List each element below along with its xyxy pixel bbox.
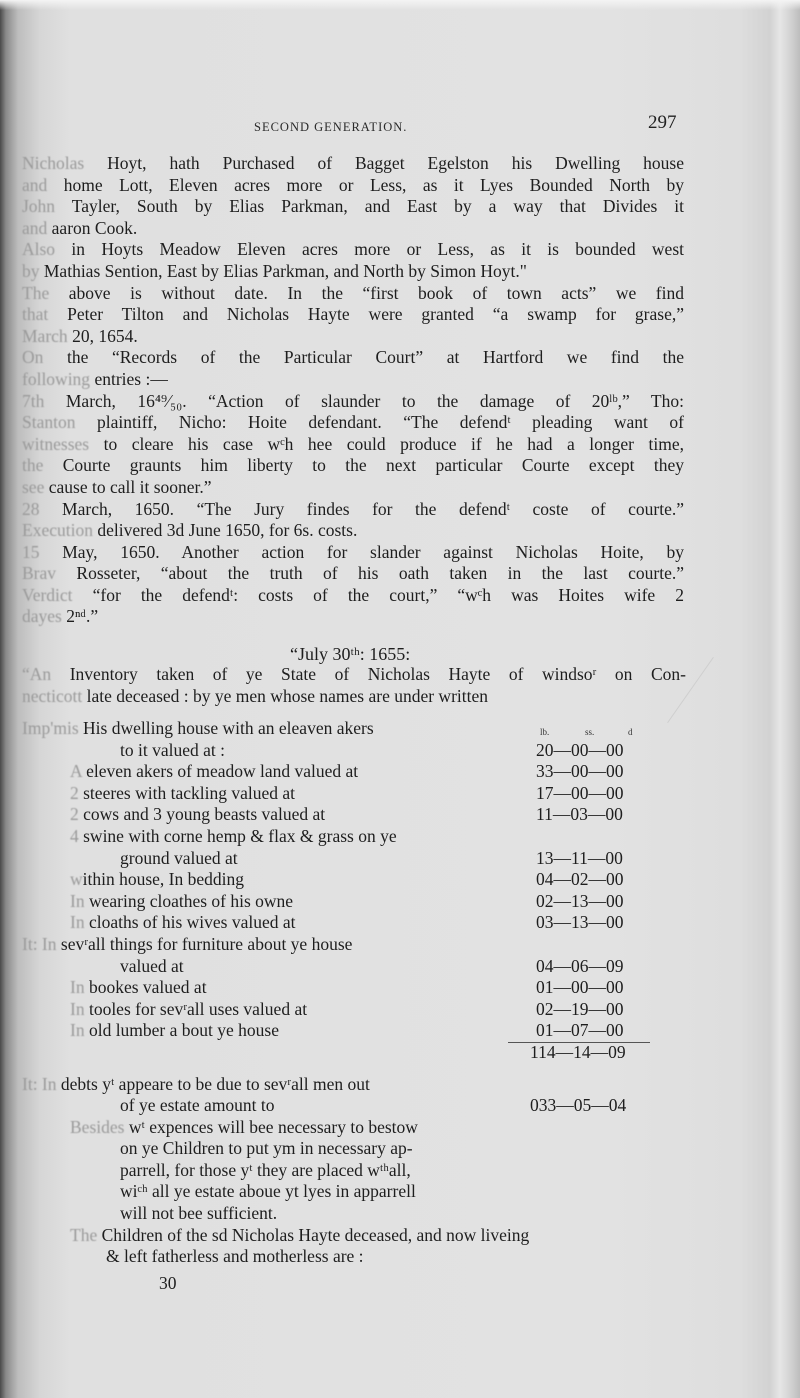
item-amount: 02—19—00	[536, 999, 624, 1021]
inventory-item: wiᶜʰ all ye estate aboue yt lyes in appa…	[120, 1181, 416, 1203]
inventory-item: It: In sevʳall things for furniture abou…	[22, 934, 352, 956]
inventory-row: 2 cows and 3 young beasts valued at11—03…	[22, 804, 662, 826]
line-text: 2ⁿᵈ.”	[62, 606, 98, 626]
faded-margin-text: In	[70, 912, 85, 932]
court-records-paragraphs: Nicholas Hoyt, hath Purchased of Bagget …	[22, 153, 684, 628]
line-text: Hoyt, hath Purchased of Bagget Egelston …	[84, 153, 684, 173]
line-text: “for the defendᵗ: costs of the court,” “…	[73, 585, 684, 605]
line-text: March, 1650. “The Jury findes for the de…	[40, 499, 685, 519]
faded-margin-text: Also	[22, 239, 55, 259]
inventory-item: & left fatherless and motherless are :	[106, 1246, 364, 1268]
faded-margin-text: Imp'mis	[22, 718, 79, 738]
item-description: steeres with tackling valued at	[79, 783, 295, 803]
faded-margin-text: 2	[70, 783, 79, 803]
item-amount: 03—13—00	[536, 912, 624, 934]
inventory-row: Besides wᵗ expences will bee necessary t…	[22, 1117, 662, 1139]
faded-margin-text: necticott	[22, 686, 82, 706]
inventory-date-heading: “July 30ᵗʰ: 1655:	[290, 644, 410, 665]
faded-margin-text: It: In	[22, 1074, 57, 1094]
inventory-item: parrell, for those yᵗ they are placed wᵗ…	[120, 1160, 411, 1182]
inventory-item: In wearing cloathes of his owne	[70, 891, 293, 913]
text-line: witnesses to cleare his case wᶜh hee cou…	[22, 434, 684, 456]
inventory-row: wiᶜʰ all ye estate aboue yt lyes in appa…	[22, 1181, 662, 1203]
inventory-row: In cloaths of his wives valued at03—13—0…	[22, 912, 662, 934]
line-text: 20, 1654.	[68, 326, 138, 346]
running-head: SECOND GENERATION.	[254, 120, 407, 135]
line-text: entries :—	[90, 369, 168, 389]
faded-margin-text: 4	[70, 826, 79, 846]
faded-margin-text: Execution	[22, 520, 93, 540]
faded-margin-text: John	[22, 196, 55, 216]
text-line: 15 May, 1650. Another action for slander…	[22, 542, 684, 564]
item-description: Children of the sd Nicholas Hayte deceas…	[97, 1225, 529, 1245]
item-description: to it valued at :	[120, 740, 225, 760]
faded-margin-text: 28	[22, 499, 40, 519]
faded-margin-text: Verdict	[22, 585, 73, 605]
line-text: delivered 3d June 1650, for 6s. costs.	[93, 520, 357, 540]
line-text: Inventory taken of ye State of Nicholas …	[51, 664, 686, 684]
spacer	[22, 1064, 662, 1074]
line-text: plaintiff, Nicho: Hoite defendant. “The …	[75, 412, 684, 432]
text-line: the Courte graunts him liberty to the ne…	[22, 455, 684, 477]
faded-margin-text: In	[70, 891, 85, 911]
faded-margin-text: Stanton	[22, 412, 75, 432]
item-description: eleven akers of meadow land valued at	[82, 761, 358, 781]
item-description: swine with corne hemp & flax & grass on …	[79, 826, 397, 846]
text-line: The above is without date. In the “first…	[22, 283, 684, 305]
inventory-row: of ye estate amount to033—05—04	[22, 1095, 662, 1117]
item-amount: 04—06—09	[536, 956, 624, 978]
item-description: tooles for sevʳall uses valued at	[85, 999, 308, 1019]
faded-margin-text: In	[70, 1020, 85, 1040]
line-text: in Hoyts Meadow Eleven acres more or Les…	[55, 239, 684, 259]
item-description: ground valued at	[120, 848, 238, 868]
text-line: and aaron Cook.	[22, 218, 684, 240]
faded-margin-text: and	[22, 218, 47, 238]
faded-margin-text: The	[22, 283, 49, 303]
item-description: will not bee sufficient.	[120, 1203, 277, 1223]
item-description: cloaths of his wives valued at	[85, 912, 296, 932]
inventory-row: will not bee sufficient.	[22, 1203, 662, 1225]
scanned-book-page: SECOND GENERATION. 297 Nicholas Hoyt, ha…	[0, 0, 800, 1398]
item-amount: 33—00—00	[536, 761, 624, 783]
item-amount: 13—11—00	[536, 848, 623, 870]
faded-margin-text: witnesses	[22, 434, 89, 454]
inventory-item: Imp'mis His dwelling house with an eleav…	[22, 718, 374, 740]
faded-margin-text: by	[22, 261, 40, 281]
faded-margin-text: March	[22, 326, 68, 346]
item-amount: 04—02—00	[536, 869, 624, 891]
inventory-total: 114—14—09	[530, 1042, 626, 1064]
page-number: 297	[648, 112, 677, 134]
inventory-row: on ye Children to put ym in necessary ap…	[22, 1138, 662, 1160]
inventory-item: It: In debts yᵗ appeare to be due to sev…	[22, 1074, 370, 1096]
faded-margin-text: Besides	[70, 1117, 124, 1137]
line-text: cause to call it sooner.”	[44, 477, 211, 497]
inventory-row: valued at04—06—09	[22, 956, 662, 978]
line-text: late deceased : by ye men whose names ar…	[82, 686, 488, 706]
inventory-row: In old lumber a bout ye house01—07—00	[22, 1020, 662, 1042]
inventory-intro: “An Inventory taken of ye State of Nicho…	[22, 664, 686, 707]
item-description: & left fatherless and motherless are :	[106, 1246, 364, 1266]
inventory-item: 2 cows and 3 young beasts valued at	[70, 804, 325, 826]
inventory-row: A eleven akers of meadow land valued at3…	[22, 761, 662, 783]
faded-margin-text: A	[70, 761, 82, 781]
faded-margin-text: following	[22, 369, 90, 389]
inventory-item: In bookes valued at	[70, 977, 207, 999]
line-text: Mathias Sention, East by Elias Parkman, …	[40, 261, 527, 281]
text-line: Execution delivered 3d June 1650, for 6s…	[22, 520, 684, 542]
inventory-item: In old lumber a bout ye house	[70, 1020, 279, 1042]
text-line: “An Inventory taken of ye State of Nicho…	[22, 664, 686, 686]
inventory-row: In wearing cloathes of his owne02—13—00	[22, 891, 662, 913]
text-line: following entries :—	[22, 369, 684, 391]
line-text: May, 1650. Another action for slander ag…	[40, 542, 685, 562]
faded-margin-text: On	[22, 347, 43, 367]
text-line: March 20, 1654.	[22, 326, 684, 348]
item-amount: 20—00—00	[536, 740, 624, 762]
line-text: Peter Tilton and Nicholas Hayte were gra…	[48, 304, 684, 324]
inventory-row: ground valued at13—11—00	[22, 848, 662, 870]
inventory-item: Besides wᵗ expences will bee necessary t…	[70, 1117, 418, 1139]
inventory-row: It: In debts yᵗ appeare to be due to sev…	[22, 1074, 662, 1096]
item-amount: 033—05—04	[530, 1095, 626, 1117]
faded-margin-text: Nicholas	[22, 153, 84, 173]
inventory-item: ground valued at	[120, 848, 238, 870]
inventory-item: 2 steeres with tackling valued at	[70, 783, 295, 805]
faded-margin-text: It: In	[22, 934, 57, 954]
inventory-row: In bookes valued at01—00—00	[22, 977, 662, 999]
text-line: Also in Hoyts Meadow Eleven acres more o…	[22, 239, 684, 261]
inventory-row: Imp'mis His dwelling house with an eleav…	[22, 718, 662, 740]
inventory-row: 2 steeres with tackling valued at17—00—0…	[22, 783, 662, 805]
line-text: March, 16⁴⁹⁄₅₀. “Action of slaunder to t…	[44, 391, 684, 411]
faded-margin-text: Brav	[22, 563, 56, 583]
faded-margin-text: In	[70, 999, 85, 1019]
item-description: wiᶜʰ all ye estate aboue yt lyes in appa…	[120, 1181, 416, 1201]
inventory-row: 4 swine with corne hemp & flax & grass o…	[22, 826, 662, 848]
text-line: Stanton plaintiff, Nicho: Hoite defendan…	[22, 412, 684, 434]
item-description: valued at	[120, 956, 184, 976]
text-line: and home Lott, Eleven acres more or Less…	[22, 175, 684, 197]
faded-margin-text: 7th	[22, 391, 44, 411]
line-text: home Lott, Eleven acres more or Less, as…	[47, 175, 684, 195]
faded-margin-text: that	[22, 304, 48, 324]
item-amount: 02—13—00	[536, 891, 624, 913]
text-line: John Tayler, South by Elias Parkman, and…	[22, 196, 684, 218]
item-amount: 11—03—00	[536, 804, 623, 826]
item-description: of ye estate amount to	[120, 1095, 275, 1115]
item-description: parrell, for those yᵗ they are placed wᵗ…	[120, 1160, 411, 1180]
faded-margin-text: 15	[22, 542, 40, 562]
item-description: debts yᵗ appeare to be due to sevʳall me…	[57, 1074, 370, 1094]
inventory-row: It: In sevʳall things for furniture abou…	[22, 934, 662, 956]
inventory-row: parrell, for those yᵗ they are placed wᵗ…	[22, 1160, 662, 1182]
inventory-item: to it valued at :	[120, 740, 225, 762]
line-text: Rosseter, “about the truth of his oath t…	[56, 563, 684, 583]
text-line: see cause to call it sooner.”	[22, 477, 684, 499]
item-description: old lumber a bout ye house	[85, 1020, 279, 1040]
inventory-row: The Children of the sd Nicholas Hayte de…	[22, 1225, 662, 1247]
text-line: by Mathias Sention, East by Elias Parkma…	[22, 261, 684, 283]
line-text: above is without date. In the “first boo…	[49, 283, 684, 303]
inventory-item: within house, In bedding	[70, 869, 244, 891]
inventory-item: In tooles for sevʳall uses valued at	[70, 999, 307, 1021]
text-line: necticott late deceased : by ye men whos…	[22, 686, 686, 708]
line-text: the “Records of the Particular Court” at…	[43, 347, 684, 367]
faded-margin-text: w	[70, 869, 83, 889]
faded-margin-text: dayes	[22, 606, 62, 626]
item-amount: 17—00—00	[536, 783, 624, 805]
inventory-item: valued at	[120, 956, 184, 978]
text-line: that Peter Tilton and Nicholas Hayte wer…	[22, 304, 684, 326]
item-description: ithin house, In bedding	[83, 869, 244, 889]
text-line: On the “Records of the Particular Court”…	[22, 347, 684, 369]
text-line: Brav Rosseter, “about the truth of his o…	[22, 563, 684, 585]
inventory-row: to it valued at :20—00—00	[22, 740, 662, 762]
item-description: cows and 3 young beasts valued at	[79, 804, 325, 824]
page-top-edge	[0, 0, 800, 10]
inventory-row: In tooles for sevʳall uses valued at02—1…	[22, 999, 662, 1021]
line-text: Tayler, South by Elias Parkman, and East…	[55, 196, 684, 216]
inventory-item: The Children of the sd Nicholas Hayte de…	[70, 1225, 529, 1247]
item-description: wearing cloathes of his owne	[85, 891, 293, 911]
faded-margin-text: see	[22, 477, 44, 497]
inventory-row: within house, In bedding04—02—00	[22, 869, 662, 891]
text-line: dayes 2ⁿᵈ.”	[22, 606, 684, 628]
sum-rule-divider	[508, 1042, 650, 1043]
item-description: wᵗ expences will bee necessary to bestow	[124, 1117, 417, 1137]
inventory-total-row: 114—14—09	[22, 1042, 662, 1064]
inventory-item: of ye estate amount to	[120, 1095, 275, 1117]
text-line: Nicholas Hoyt, hath Purchased of Bagget …	[22, 153, 684, 175]
item-description: sevʳall things for furniture about ye ho…	[57, 934, 353, 954]
inventory-item: In cloaths of his wives valued at	[70, 912, 296, 934]
text-line: 7th March, 16⁴⁹⁄₅₀. “Action of slaunder …	[22, 391, 684, 413]
faded-margin-text: and	[22, 175, 47, 195]
line-text: to cleare his case wᶜh hee could produce…	[89, 434, 684, 454]
text-line: Verdict “for the defendᵗ: costs of the c…	[22, 585, 684, 607]
faded-margin-text: the	[22, 455, 43, 475]
inventory-item: A eleven akers of meadow land valued at	[70, 761, 358, 783]
text-line: 28 March, 1650. “The Jury findes for the…	[22, 499, 684, 521]
item-description: bookes valued at	[85, 977, 207, 997]
inventory-row: & left fatherless and motherless are :	[22, 1246, 662, 1268]
line-text: aaron Cook.	[47, 218, 137, 238]
signature-mark: 30	[159, 1273, 177, 1294]
inventory-table: Imp'mis His dwelling house with an eleav…	[22, 718, 662, 1268]
page-header: SECOND GENERATION. 297	[0, 112, 800, 142]
item-description: His dwelling house with an eleaven akers	[79, 718, 374, 738]
line-text: Courte graunts him liberty to the next p…	[43, 455, 684, 475]
inventory-item: on ye Children to put ym in necessary ap…	[120, 1138, 413, 1160]
faded-margin-text: “An	[22, 664, 51, 684]
faded-margin-text: In	[70, 977, 85, 997]
faded-margin-text: 2	[70, 804, 79, 824]
inventory-item: will not bee sufficient.	[120, 1203, 277, 1225]
faded-margin-text: The	[70, 1225, 97, 1245]
inventory-item: 4 swine with corne hemp & flax & grass o…	[70, 826, 397, 848]
item-amount: 01—07—00	[536, 1020, 624, 1042]
item-description: on ye Children to put ym in necessary ap…	[120, 1138, 413, 1158]
item-amount: 01—00—00	[536, 977, 624, 999]
